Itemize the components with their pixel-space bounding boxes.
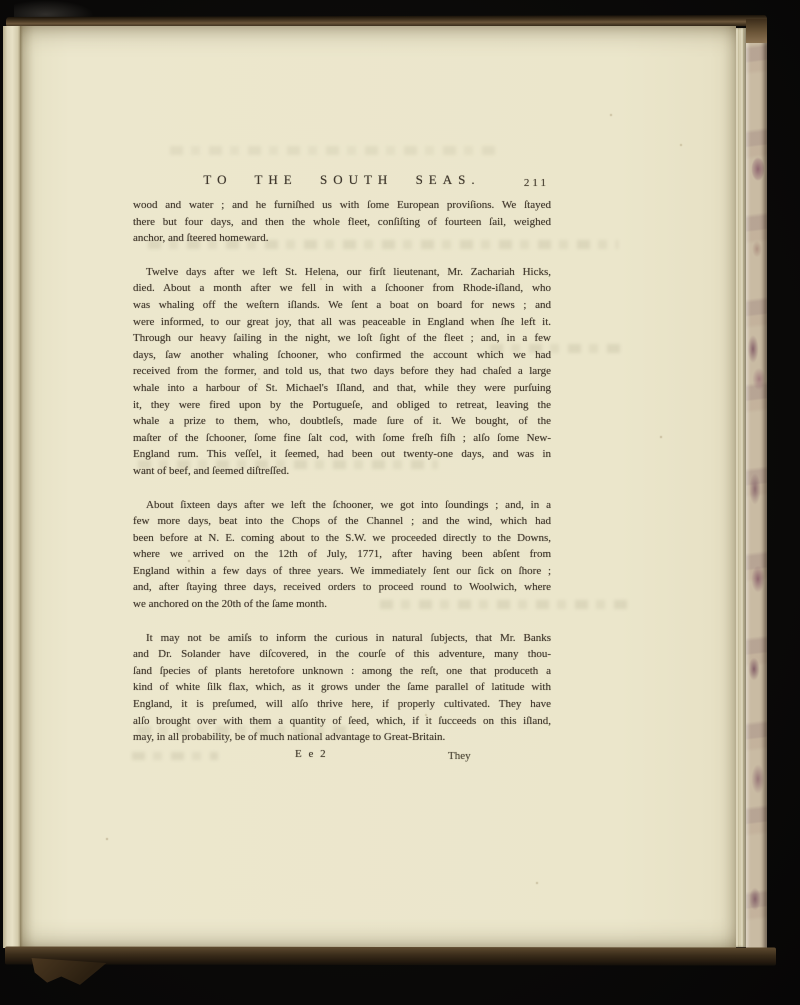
text-line: alſo brought over with them a quantity o… xyxy=(133,713,551,730)
book-bottom-edge xyxy=(5,946,776,965)
text-line: England rum. This veſſel, it ſeemed, had… xyxy=(133,446,551,463)
page-title: TO THE SOUTH SEAS. xyxy=(133,172,551,189)
text-line: whale a prize to them, who, doubtleſs, m… xyxy=(133,413,551,430)
text-line: and, after ſtaying three days, received … xyxy=(133,579,551,596)
paragraph: About ſixteen days after we left the ſch… xyxy=(133,497,551,613)
text-line: England, it is preſumed, will alſo thriv… xyxy=(133,696,551,713)
text-line: whale into a harbour of St. Michael's Iſ… xyxy=(133,380,551,397)
gutter-page-edge xyxy=(3,26,20,948)
text-line: England within a few days of three years… xyxy=(133,563,551,580)
page-number: 211 xyxy=(524,175,549,192)
text-line: anchor, and ſteered homeward. xyxy=(133,230,551,247)
paragraph: It may not be amiſs to inform the curiou… xyxy=(133,630,551,746)
text-line: It may not be amiſs to inform the curiou… xyxy=(133,630,551,647)
text-line: Twelve days after we left St. Helena, ou… xyxy=(133,264,551,281)
scanned-book-photo: TO THE SOUTH SEAS. 211 wood and water ; … xyxy=(0,0,800,1005)
text-line: been before at N. E. coming about to the… xyxy=(133,530,551,547)
book-page: TO THE SOUTH SEAS. 211 wood and water ; … xyxy=(20,26,736,948)
text-line: were informed, to our great joy, that al… xyxy=(133,314,551,331)
text-line: Through our heavy ſailing in the night, … xyxy=(133,330,551,347)
text-line: we anchored on the 20th of the ſame mont… xyxy=(133,596,551,613)
paragraph: wood and water ; and he furniſhed us wit… xyxy=(133,197,551,247)
paper-specks xyxy=(20,26,22,28)
text-line: and Dr. Solander have diſcovered, in the… xyxy=(133,646,551,663)
text-line: ſand ſpecies of plants heretofore unknow… xyxy=(133,663,551,680)
text-line: maſter of the ſchooner, ſome fine ſalt c… xyxy=(133,430,551,447)
text-line: may, in all probability, be of much nati… xyxy=(133,729,551,746)
signature-mark: E e 2 xyxy=(295,746,328,763)
catchword: They xyxy=(448,748,471,765)
text-line: wood and water ; and he furniſhed us wit… xyxy=(133,197,551,214)
text-line: About ſixteen days after we left the ſch… xyxy=(133,497,551,514)
text-line: died. About a month after we fell in wit… xyxy=(133,280,551,297)
text-line: there but four days, and then the whole … xyxy=(133,214,551,231)
running-header: TO THE SOUTH SEAS. 211 xyxy=(133,172,551,188)
spine-shadow xyxy=(14,0,94,18)
page-stack-edge xyxy=(736,28,746,947)
marbled-fore-edge xyxy=(746,19,767,952)
text-line: kind of white ſilk flax, which, as it gr… xyxy=(133,679,551,696)
marbled-edge-cap xyxy=(746,19,767,43)
text-line: received from the former, and told us, t… xyxy=(133,363,551,380)
text-block: TO THE SOUTH SEAS. 211 wood and water ; … xyxy=(133,172,551,761)
text-line: it, they were fired upon by the Portugue… xyxy=(133,397,551,414)
text-line: where we arrived on the 12th of July, 17… xyxy=(133,546,551,563)
text-line: days, ſaw another whaling ſchooner, who … xyxy=(133,347,551,364)
paragraphs: wood and water ; and he furniſhed us wit… xyxy=(133,197,551,746)
text-line: was whaling off the weſtern iſlands. We … xyxy=(133,297,551,314)
gutter-fold-line xyxy=(20,26,23,948)
page-bleedthrough xyxy=(170,146,500,155)
text-line: want of beef, and ſeemed diſtreſſed. xyxy=(133,463,551,480)
text-line: few more days, beat into the Chops of th… xyxy=(133,513,551,530)
page-footer: E e 2 They xyxy=(133,746,551,761)
paragraph: Twelve days after we left St. Helena, ou… xyxy=(133,264,551,480)
